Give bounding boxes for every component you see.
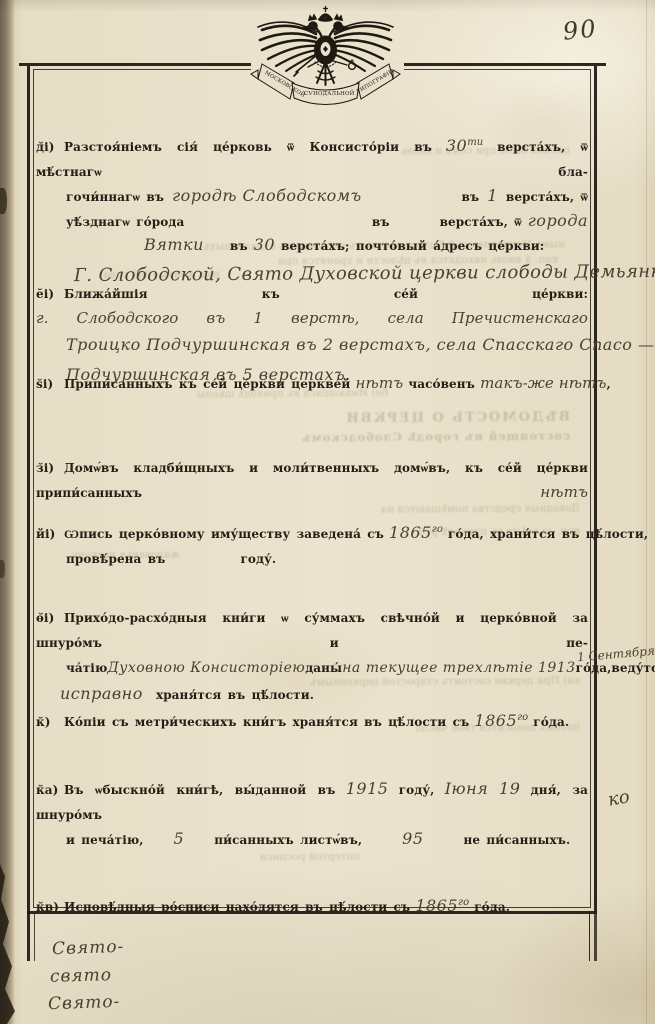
entry-number: ѳ̆і) bbox=[36, 607, 64, 630]
handwritten-text: 1915 bbox=[346, 779, 389, 798]
printed-text: пи́санныхъ листѡ́въ, bbox=[214, 828, 362, 852]
printed-text: и печа́тію, bbox=[66, 828, 144, 852]
entry-paragraph-distances: д̆і)Разстоя́ніемъ сія́ це́рковь ѿ Консис… bbox=[36, 131, 588, 285]
pen-trial: свято bbox=[50, 965, 113, 987]
printed-text: Въ ѡбыскно́й кни́гѣ, вы́данной въ bbox=[64, 783, 335, 797]
entry-paragraph-prayer-houses: з̆і)Домѡ́въ кладби́щныхъ и моли́твенныхъ… bbox=[36, 455, 588, 505]
printed-text: храня́тся въ цѣ́лости. bbox=[156, 688, 314, 702]
handwritten-text: такъ-же нѣтъ bbox=[480, 374, 606, 392]
entry-number: д̆і) bbox=[36, 136, 64, 159]
printed-text: не пи́санныхъ. bbox=[464, 828, 571, 852]
printed-text: верста́хъ, ѿ bbox=[506, 186, 588, 209]
handwritten-text: 5 bbox=[174, 827, 185, 851]
edge-nick bbox=[0, 560, 5, 578]
printed-text: , bbox=[607, 377, 611, 391]
printed-text: Ѡпись церко́вному иму́ществу заведена́ с… bbox=[64, 527, 384, 541]
printed-text: Исповѣ́дныя ро́списи нахо́дятся въ цѣ́ло… bbox=[64, 900, 410, 914]
entry-number: йі) bbox=[36, 523, 64, 546]
frame-corner-overhang bbox=[597, 63, 606, 66]
entry-paragraph-confession-lists: к̆в)Исповѣ́дныя ро́списи нахо́дятся въ ц… bbox=[36, 891, 588, 919]
printed-text: въ bbox=[461, 186, 479, 209]
handwritten-superscript: го bbox=[458, 897, 469, 908]
entry-paragraph-metric-books: к̆)Ко́піи съ метри́ческихъ кни́гъ храня́… bbox=[36, 706, 588, 734]
printed-text: Домѡ́въ кладби́щныхъ и моли́твенныхъ дом… bbox=[36, 461, 588, 500]
printed-text: го́да. bbox=[474, 900, 510, 914]
entry-number: к̆) bbox=[36, 711, 64, 734]
printed-text: гочи́ннагѡ въ bbox=[66, 186, 164, 209]
printed-text: часо́венъ bbox=[408, 377, 475, 391]
entry-number: ӗі) bbox=[36, 282, 64, 306]
printed-text: верста́хъ, ѿ bbox=[440, 211, 522, 234]
double-headed-eagle-icon: МОСКОВСКОЙ СѴНОДАЛЬНОЙ ТИПОГРАФІИ bbox=[238, 4, 416, 112]
handwritten-text: городѣ Слободскомъ bbox=[172, 184, 362, 207]
handwritten-superscript: го bbox=[432, 524, 443, 535]
printed-text: Ближа́йшія къ се́й це́ркви: bbox=[64, 287, 588, 301]
margin-note: ко bbox=[606, 786, 631, 810]
entry-number: з̆і) bbox=[36, 457, 64, 480]
handwritten-superscript: ти bbox=[467, 137, 483, 148]
frame-corner-overhang bbox=[19, 63, 27, 66]
printed-text: провѣ́рена въ bbox=[66, 552, 165, 566]
printed-text: въ bbox=[230, 236, 248, 257]
handwritten-superscript: го bbox=[517, 712, 528, 723]
entry-paragraph-inventory: йі)Ѡпись церко́вному иму́ществу заведена… bbox=[36, 518, 588, 571]
printed-text: даны́ bbox=[305, 655, 342, 681]
handwritten-text: исправно bbox=[60, 684, 143, 703]
handwritten-text: 1865го bbox=[389, 523, 443, 542]
printed-text: Ко́піи съ метри́ческихъ кни́гъ храня́тся… bbox=[64, 715, 469, 729]
entry-number: к̆в) bbox=[36, 896, 64, 919]
entry-paragraph-search-book: к̆а)Въ ѡбыскно́й кни́гѣ, вы́данной въ 19… bbox=[36, 777, 588, 852]
handwritten-text: 1865го bbox=[415, 896, 469, 915]
printed-text: го́да, храни́тся въ цѣ́лости, bbox=[448, 527, 648, 541]
entry-number: ѕ̆і) bbox=[36, 373, 64, 396]
handwritten-text: 95 bbox=[402, 827, 423, 851]
handwritten-text: г. Слободского въ 1 верстѣ, села Пречист… bbox=[36, 309, 588, 327]
printed-text: Припи́санныхъ къ се́й це́ркви церкве́й bbox=[64, 377, 350, 391]
handwritten-text: 1865го bbox=[474, 711, 528, 730]
printed-text: Разстоя́ніемъ сія́ це́рковь ѿ Консисто́р… bbox=[64, 140, 432, 154]
handwritten-text: нѣтъ bbox=[356, 374, 404, 392]
pen-trial: Свято- bbox=[48, 992, 121, 1015]
printed-text: ча́тію bbox=[66, 655, 107, 681]
handwritten-text: 30ти bbox=[446, 136, 483, 155]
handwritten-text: Троицко Подчуршинская въ 2 верстахъ, сел… bbox=[66, 335, 655, 354]
handwritten-text: нѣтъ bbox=[540, 483, 588, 501]
pen-trial: Свято- bbox=[52, 937, 125, 960]
printed-text: уѣ́зднагѡ го́рода bbox=[66, 211, 184, 234]
handwritten-text: города bbox=[528, 209, 588, 232]
entry-paragraph-attached-churches: ѕ̆і)Припи́санныхъ къ се́й це́ркви церкве… bbox=[36, 371, 588, 396]
entry-paragraph-account-books: ѳ̆і)Прихо́до-расхо́дныя кни́ги ѡ су́ммах… bbox=[36, 605, 588, 708]
handwritten-text: на текущее трехлѣтіе 1913 bbox=[342, 655, 575, 681]
printed-text: го́да. bbox=[533, 715, 569, 729]
handwritten-text: 30 bbox=[254, 234, 275, 255]
printed-text: въ bbox=[372, 211, 390, 234]
frame-corner-extension bbox=[27, 911, 35, 961]
edge-nick bbox=[0, 188, 7, 214]
frame-corner-extension bbox=[589, 911, 597, 961]
page-edge-line bbox=[646, 0, 647, 1024]
handwritten-text: 1 bbox=[487, 184, 498, 207]
entry-number: к̆а) bbox=[36, 779, 64, 802]
printed-text: году́, bbox=[399, 783, 435, 797]
printed-text: году́. bbox=[240, 552, 276, 566]
printed-text: верста́хъ; почто́вый а́дресъ це́ркви: bbox=[281, 236, 544, 257]
ribbon-text-center: СѴНОДАЛЬНОЙ bbox=[304, 89, 355, 97]
page-number: 90 bbox=[562, 14, 599, 45]
handwritten-text: Духовною Консисторіею bbox=[107, 655, 305, 681]
printed-text: Прихо́до-расхо́дныя кни́ги ѡ су́ммахъ св… bbox=[36, 611, 588, 650]
handwritten-text: Іюня 19 bbox=[445, 779, 521, 798]
handwritten-text: Вятки bbox=[144, 234, 204, 255]
